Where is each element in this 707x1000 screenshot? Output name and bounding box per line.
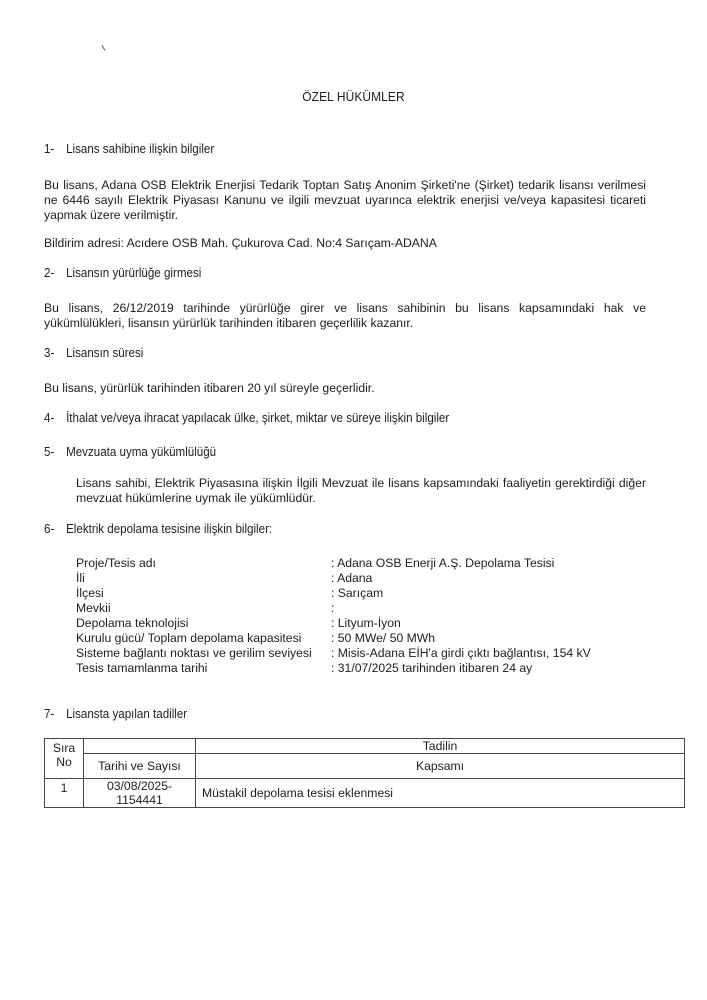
section-title: Lisansın yürürlüğe girmesi [66,266,201,280]
section-3-paragraph: Bu lisans, yürürlük tarihinden itibaren … [44,381,646,396]
facility-label: Depolama teknolojisi [76,616,331,631]
section-2-heading: 2-Lisansın yürürlüğe girmesi [44,266,201,280]
facility-value: : Sarıçam [331,586,383,601]
section-title: Elektrik depolama tesisine ilişkin bilgi… [66,522,272,536]
facility-label: Mevkii [76,601,331,616]
section-title: Lisans sahibine ilişkin bilgiler [66,142,214,156]
facility-label: İli [76,571,331,586]
facility-label: Kurulu gücü/ Toplam depolama kapasitesi [76,631,331,646]
facility-label: Sisteme bağlantı noktası ve gerilim sevi… [76,646,331,661]
section-6-heading: 6-Elektrik depolama tesisine ilişkin bil… [44,522,272,536]
section-2-paragraph: Bu lisans, 26/12/2019 tarihinde yürürlüğ… [44,301,646,331]
header-scope: Kapsamı [196,754,685,779]
section-title: Lisansta yapılan tadiller [66,707,187,721]
header-date: Tarihi ve Sayısı [84,754,196,779]
section-number: 3- [44,346,66,360]
header-empty [84,739,196,754]
facility-value: : 50 MWe/ 50 MWh [331,631,435,646]
facility-value: : [331,601,334,616]
section-number: 2- [44,266,66,280]
section-number: 5- [44,445,66,459]
facility-label: Tesis tamamlanma tarihi [76,661,331,676]
facility-info-row: Proje/Tesis adı : Adana OSB Enerji A.Ş. … [76,556,591,571]
section-title: Lisansın süresi [66,346,143,360]
cell-date: 03/08/2025-1154441 [84,779,196,808]
amendments-table: Sıra No Tadilin Tarihi ve Sayısı Kapsamı… [44,738,685,808]
section-number: 7- [44,707,66,721]
facility-info-row: İlçesi : Sarıçam [76,586,591,601]
section-number: 4- [44,411,66,425]
section-title: İthalat ve/veya ihracat yapılacak ülke, … [66,411,449,425]
document-page: ÖZEL HÜKÜMLER 1-Lisans sahibine ilişkin … [0,0,707,1000]
section-3-heading: 3-Lisansın süresi [44,346,143,360]
page-title: ÖZEL HÜKÜMLER [28,89,678,104]
facility-value: : Lityum-İyon [331,616,401,631]
cell-scope: Müstakil depolama tesisi eklenmesi [196,779,685,808]
facility-value: : 31/07/2025 tarihinden itibaren 24 ay [331,661,532,676]
section-5-paragraph: Lisans sahibi, Elektrik Piyasasına ilişk… [76,476,646,506]
notification-address: Bildirim adresi: Acıdere OSB Mah. Çukuro… [44,236,646,251]
section-1-paragraph: Bu lisans, Adana OSB Elektrik Enerjisi T… [44,178,646,223]
facility-label: İlçesi [76,586,331,601]
section-number: 6- [44,522,66,536]
facility-label: Proje/Tesis adı [76,556,331,571]
facility-value: : Adana OSB Enerji A.Ş. Depolama Tesisi [331,556,554,571]
header-group: Tadilin [196,739,685,754]
header-no: Sıra No [45,739,84,779]
section-1-heading: 1-Lisans sahibine ilişkin bilgiler [44,142,214,156]
facility-info: Proje/Tesis adı : Adana OSB Enerji A.Ş. … [76,556,591,676]
facility-info-row: Sisteme bağlantı noktası ve gerilim sevi… [76,646,591,661]
facility-info-row: Tesis tamamlanma tarihi : 31/07/2025 tar… [76,661,591,676]
facility-info-row: Mevkii : [76,601,591,616]
section-7-heading: 7-Lisansta yapılan tadiller [44,707,187,721]
section-title: Mevzuata uyma yükümlülüğü [66,445,216,459]
facility-value: : Adana [331,571,372,586]
facility-info-row: Kurulu gücü/ Toplam depolama kapasitesi … [76,631,591,646]
section-4-heading: 4-İthalat ve/veya ihracat yapılacak ülke… [44,411,449,425]
section-number: 1- [44,142,66,156]
cell-no: 1 [45,779,84,808]
facility-info-row: İli : Adana [76,571,591,586]
scan-mark [102,45,106,51]
table-row: 1 03/08/2025-1154441 Müstakil depolama t… [45,779,685,808]
facility-value: : Misis-Adana EİH'a girdi çıktı bağlantı… [331,646,591,661]
section-5-heading: 5-Mevzuata uyma yükümlülüğü [44,445,216,459]
facility-info-row: Depolama teknolojisi : Lityum-İyon [76,616,591,631]
